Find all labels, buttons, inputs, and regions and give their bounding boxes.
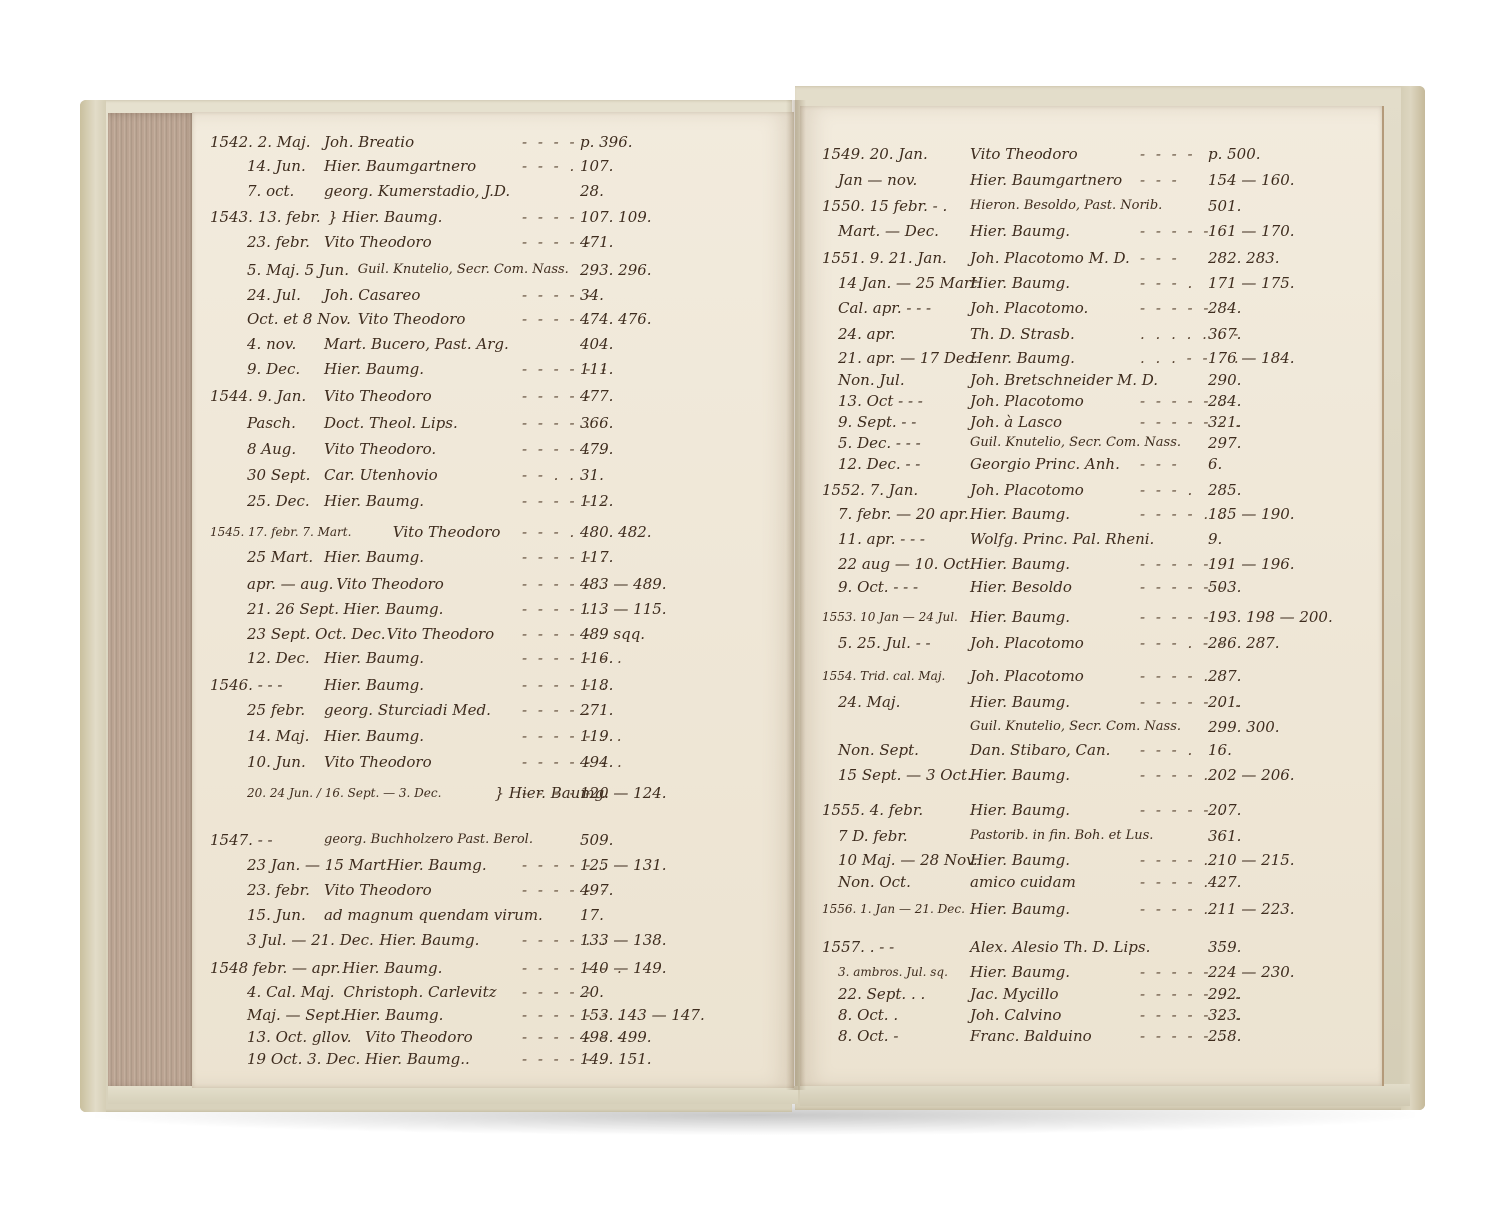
- entry-date: 1553. 10 Jan — 24 Jul.: [822, 605, 958, 629]
- entry-correspondent: Hier. Baumg.: [387, 853, 487, 877]
- entry-page-ref: 31.: [580, 463, 604, 487]
- entry-correspondent: Joh. Placotomo: [970, 664, 1084, 688]
- entry-correspondent: Hieron. Besoldo, Past. Norib.: [970, 194, 1162, 218]
- entry-page-ref: 6.: [1208, 452, 1222, 476]
- entry-page-ref: 480. 482.: [580, 520, 652, 544]
- entry-leader-dots: - - - - .: [1140, 848, 1211, 872]
- entry-date: 1551. 9. 21. Jan.: [822, 246, 947, 270]
- entry-date: Jan — nov.: [838, 168, 917, 192]
- entry-page-ref: 489 sqq.: [580, 622, 645, 646]
- entry-date: 7. oct.: [247, 179, 294, 203]
- right-cover-bottom-turn-in: [800, 1084, 1410, 1106]
- entry-page-ref: 258.: [1208, 1024, 1241, 1048]
- entry-correspondent: Joh. Placotomo.: [970, 296, 1088, 320]
- entry-page-ref: 498. 499.: [580, 1025, 652, 1049]
- entry-leader-dots: - - -: [1140, 452, 1180, 476]
- entry-correspondent: Guil. Knutelio, Secr. Com. Nass.: [970, 715, 1181, 739]
- entry-page-ref: 116.: [580, 646, 613, 670]
- entry-correspondent: Georgio Princ. Anh.: [970, 452, 1120, 476]
- entry-correspondent: ad magnum quendam virum.: [324, 903, 543, 927]
- entry-correspondent: Mart. Bucero, Past. Arg.: [324, 332, 509, 356]
- entry-page-ref: 427.: [1208, 870, 1241, 894]
- entry-correspondent: Joh. Placotomo M. D.: [970, 246, 1130, 270]
- entry-date: 1554. Trid. cal. Maj.: [822, 664, 945, 688]
- entry-page-ref: 509.: [580, 828, 613, 852]
- entry-correspondent: Hier. Baumg.: [970, 763, 1070, 787]
- entry-page-ref: 154 — 160.: [1208, 168, 1295, 192]
- entry-leader-dots: - - - - .: [1140, 664, 1211, 688]
- page-block-edge: [108, 113, 198, 1088]
- entry-page-ref: 9.: [1208, 527, 1222, 551]
- entry-date: Non. Oct.: [838, 870, 911, 894]
- entry-correspondent: georg. Kumerstadio, J.D.: [324, 179, 510, 203]
- entry-page-ref: 497.: [580, 878, 613, 902]
- entry-correspondent: Hier. Baumg.: [970, 897, 1070, 921]
- entry-date: 9. Dec.: [247, 357, 300, 381]
- entry-leader-dots: - - - .: [522, 154, 577, 178]
- entry-correspondent: Hier. Baumg.: [343, 597, 443, 621]
- entry-date: 24. Jul.: [247, 283, 301, 307]
- entry-date: 4. nov.: [247, 332, 296, 356]
- entry-page-ref: 117.: [580, 545, 613, 569]
- entry-correspondent: Hier. Baumgartnero: [970, 168, 1122, 192]
- entry-date: 19 Oct. 3. Dec.: [247, 1047, 360, 1071]
- entry-page-ref: 171 — 175.: [1208, 271, 1295, 295]
- entry-page-ref: 176 — 184.: [1208, 346, 1295, 370]
- entry-page-ref: 185 — 190.: [1208, 502, 1295, 526]
- entry-page-ref: 479.: [580, 437, 613, 461]
- entry-page-ref: 404.: [580, 332, 613, 356]
- entry-correspondent: Hier. Baumg.: [324, 545, 424, 569]
- entry-correspondent: Vito Theodoro: [324, 750, 432, 774]
- entry-correspondent: Vito Theodoro.: [324, 437, 436, 461]
- entry-page-ref: 224 — 230.: [1208, 960, 1295, 984]
- entry-correspondent: Hier. Baumg.: [970, 605, 1070, 629]
- entry-correspondent: Wolfg. Princ. Pal. Rheni.: [970, 527, 1154, 551]
- entry-date: 10 Maj. — 28 Nov.: [838, 848, 978, 872]
- entry-page-ref: 120 — 124.: [580, 781, 667, 805]
- entry-date: 25 febr.: [247, 698, 305, 722]
- entry-correspondent: Hier. Baumg..: [365, 1047, 470, 1071]
- entry-date: 12. Dec.: [247, 646, 310, 670]
- left-cover-bottom-turn-in: [108, 1086, 798, 1104]
- entry-correspondent: } Hier. Baumg.: [328, 205, 442, 229]
- entry-date: Cal. apr. - - -: [838, 296, 931, 320]
- entry-date: 1550. 15 febr. - .: [822, 194, 947, 218]
- left-page: 1542. 2. Maj. Joh. Breatio - - - - p. 39…: [192, 112, 794, 1088]
- entry-page-ref: 207.: [1208, 798, 1241, 822]
- entry-correspondent: Hier. Baumg.: [970, 502, 1070, 526]
- entry-date: 5. Maj. 5 Jun.: [247, 258, 349, 282]
- entry-correspondent: Henr. Baumg.: [970, 346, 1075, 370]
- entry-page-ref: 202 — 206.: [1208, 763, 1295, 787]
- entry-date: 23. febr.: [247, 230, 310, 254]
- entry-page-ref: p. 396.: [580, 130, 633, 154]
- entry-correspondent: Hier. Besoldo: [970, 575, 1072, 599]
- entry-leader-dots: - - - - -: [1140, 219, 1211, 243]
- entry-page-ref: 161 — 170.: [1208, 219, 1295, 243]
- entry-date: 12. Dec. - -: [838, 452, 920, 476]
- entry-correspondent: Alex. Alesio Th. D. Lips.: [970, 935, 1150, 959]
- entry-page-ref: 111.: [580, 357, 613, 381]
- entry-page-ref: 282. 283.: [1208, 246, 1280, 270]
- entry-leader-dots: - - - .: [522, 520, 577, 544]
- entry-leader-dots: - - - - -: [1140, 296, 1211, 320]
- entry-page-ref: 125 — 131.: [580, 853, 667, 877]
- book-gutter: [786, 100, 806, 1090]
- entry-correspondent: Vito Theodoro: [324, 384, 432, 408]
- entry-correspondent: Hier. Baumg.: [324, 646, 424, 670]
- entry-page-ref: 112.: [580, 489, 613, 513]
- entry-page-ref: 17.: [580, 903, 604, 927]
- entry-page-ref: 271.: [580, 698, 613, 722]
- entry-correspondent: Hier. Baumg.: [970, 552, 1070, 576]
- entry-date: 3. ambros. Jul. sq.: [838, 960, 948, 984]
- entry-leader-dots: - - - - .: [1140, 897, 1211, 921]
- entry-date: Oct. et 8 Nov.: [247, 307, 351, 331]
- entry-correspondent: Christoph. Carlevitz: [343, 980, 496, 1004]
- entry-date: 25. Dec.: [247, 489, 310, 513]
- entry-date: 21. 26 Sept.: [247, 597, 339, 621]
- entry-correspondent: Joh. Casareo: [324, 283, 420, 307]
- entry-leader-dots: - - . .: [522, 463, 577, 487]
- entry-correspondent: Vito Theodoro: [393, 520, 501, 544]
- entry-page-ref: 483 — 489.: [580, 572, 667, 596]
- entry-date: 25 Mart.: [247, 545, 313, 569]
- entry-correspondent: Pastorib. in fin. Boh. et Lus.: [970, 824, 1153, 848]
- entry-date: 24. apr.: [838, 322, 895, 346]
- entry-correspondent: Vito Theodoro: [324, 878, 432, 902]
- left-cover-edge: [80, 100, 106, 1112]
- entry-page-ref: 285.: [1208, 478, 1241, 502]
- entry-correspondent: Hier. Baumg.: [324, 724, 424, 748]
- entry-date: 5. 25. Jul. - -: [838, 631, 931, 655]
- entry-date: 22 aug — 10. Oct.: [838, 552, 975, 576]
- entry-leader-dots: - - - - -: [1140, 960, 1211, 984]
- entry-date: 1552. 7. Jan.: [822, 478, 918, 502]
- entry-correspondent: Doct. Theol. Lips.: [324, 411, 458, 435]
- entry-leader-dots: - - - - -: [1140, 552, 1211, 576]
- entry-page-ref: 293. 296.: [580, 258, 652, 282]
- entry-page-ref: 361.: [1208, 824, 1241, 848]
- entry-page-ref: 474. 476.: [580, 307, 652, 331]
- entry-date: 21. apr. — 17 Dec.: [838, 346, 978, 370]
- entry-correspondent: Franc. Balduino: [970, 1024, 1092, 1048]
- entry-page-ref: 210 — 215.: [1208, 848, 1295, 872]
- entry-page-ref: 119.: [580, 724, 613, 748]
- entry-correspondent: Joh. Breatio: [324, 130, 414, 154]
- entry-date: 1546. - - -: [210, 673, 282, 697]
- entry-date: 24. Maj.: [838, 690, 900, 714]
- entry-page-ref: 28.: [580, 179, 604, 203]
- entry-page-ref: 477.: [580, 384, 613, 408]
- entry-date: 14. Maj.: [247, 724, 309, 748]
- right-page: 1549. 20. Jan. Vito Theodoro - - - - p. …: [800, 106, 1384, 1086]
- entry-date: 14. Jun.: [247, 154, 306, 178]
- entry-leader-dots: - - - -: [1140, 142, 1196, 166]
- entry-date: 1548 febr. — apr.: [210, 956, 341, 980]
- entry-correspondent: Hier. Baumg.: [970, 798, 1070, 822]
- entry-date: 4. Cal. Maj.: [247, 980, 335, 1004]
- entry-correspondent: Vito Theodoro: [365, 1025, 473, 1049]
- entry-date: 15. Jun.: [247, 903, 306, 927]
- entry-date: 1556. 1. Jan — 21. Dec.: [822, 897, 965, 921]
- entry-correspondent: Joh. Placotomo: [970, 631, 1084, 655]
- entry-correspondent: georg. Buchholzero Past. Berol.: [324, 828, 533, 852]
- entry-page-ref: 299. 300.: [1208, 715, 1280, 739]
- entry-date: 7. febr. — 20 apr.: [838, 502, 969, 526]
- entry-correspondent: Vito Theodoro: [970, 142, 1078, 166]
- entry-leader-dots: - - - -: [522, 130, 578, 154]
- entry-correspondent: Hier. Baumg.: [970, 960, 1070, 984]
- entry-page-ref: 34.: [580, 283, 604, 307]
- entry-date: 1555. 4. febr.: [822, 798, 923, 822]
- entry-correspondent: Vito Theodoro: [324, 230, 432, 254]
- entry-correspondent: Hier. Baumg.: [379, 928, 479, 952]
- entry-page-ref: 118.: [580, 673, 613, 697]
- entry-date: 1542. 2. Maj.: [210, 130, 311, 154]
- entry-page-ref: 287.: [1208, 664, 1241, 688]
- entry-page-ref: 471.: [580, 230, 613, 254]
- entry-date: 8 Aug.: [247, 437, 296, 461]
- entry-correspondent: Hier. Baumg.: [343, 1003, 443, 1027]
- entry-page-ref: 140 — 149.: [580, 956, 667, 980]
- entry-page-ref: p. 500.: [1208, 142, 1261, 166]
- entry-date: 1544. 9. Jan.: [210, 384, 306, 408]
- entry-correspondent: Guil. Knutelio, Secr. Com. Nass.: [358, 258, 569, 282]
- entry-leader-dots: - - - - .: [1140, 763, 1211, 787]
- entry-correspondent: georg. Sturciadi Med.: [324, 698, 491, 722]
- entry-page-ref: 191 — 196.: [1208, 552, 1295, 576]
- entry-leader-dots: - - - -: [522, 205, 578, 229]
- entry-date: 15 Sept. — 3 Oct.: [838, 763, 972, 787]
- entry-date: Maj. — Sept.: [247, 1003, 345, 1027]
- entry-date: 1557. . - -: [822, 935, 894, 959]
- entry-page-ref: 113 — 115.: [580, 597, 667, 621]
- entry-leader-dots: - - - .: [1140, 738, 1195, 762]
- entry-correspondent: Hier. Baumg.: [324, 673, 424, 697]
- entry-date: 1547. - -: [210, 828, 273, 852]
- entry-date: 1543. 13. febr.: [210, 205, 321, 229]
- entry-date: 1549. 20. Jan.: [822, 142, 928, 166]
- entry-date: 23 Jan. — 15 Mart.: [247, 853, 391, 877]
- entry-date: Non. Sept.: [838, 738, 919, 762]
- entry-page-ref: 107. 109.: [580, 205, 652, 229]
- entry-correspondent: Joh. Placotomo: [970, 478, 1084, 502]
- entry-date: 9. Oct. - - -: [838, 575, 918, 599]
- entry-page-ref: 211 — 223.: [1208, 897, 1295, 921]
- entry-date: 1545. 17. febr. 7. Mart.: [210, 520, 351, 544]
- entry-date: 23 Sept. Oct. Dec.: [247, 622, 386, 646]
- entry-correspondent: amico cuidam: [970, 870, 1076, 894]
- entry-page-ref: 193. 198 — 200.: [1208, 605, 1333, 629]
- entry-date: 3 Jul. — 21. Dec.: [247, 928, 374, 952]
- entry-page-ref: 149. 151.: [580, 1047, 652, 1071]
- entry-page-ref: 501.: [1208, 194, 1241, 218]
- entry-page-ref: 286. 287.: [1208, 631, 1280, 655]
- entry-page-ref: 153. 143 — 147.: [580, 1003, 705, 1027]
- entry-correspondent: Hier. Baumg.: [970, 219, 1070, 243]
- entry-correspondent: Hier. Baumg.: [970, 848, 1070, 872]
- entry-page-ref: 284.: [1208, 296, 1241, 320]
- right-cover-edge: [1401, 86, 1425, 1110]
- entry-correspondent: Hier. Baumg.: [970, 690, 1070, 714]
- entry-page-ref: 366.: [580, 411, 613, 435]
- entry-date: 30 Sept.: [247, 463, 310, 487]
- entry-date: 23. febr.: [247, 878, 310, 902]
- entry-correspondent: Vito Theodoro: [336, 572, 444, 596]
- entry-date: 8. Oct. -: [838, 1024, 898, 1048]
- entry-correspondent: Dan. Stibaro, Can.: [970, 738, 1110, 762]
- entry-date: 14 Jan. — 25 Mart.: [838, 271, 982, 295]
- entry-page-ref: 503.: [1208, 575, 1241, 599]
- entry-page-ref: 367.: [1208, 322, 1241, 346]
- entry-correspondent: Vito Theodoro: [387, 622, 495, 646]
- entry-correspondent: Vito Theodoro: [358, 307, 466, 331]
- entry-date: 11. apr. - - -: [838, 527, 925, 551]
- entry-leader-dots: - - -: [1140, 246, 1180, 270]
- entry-page-ref: 20.: [580, 980, 604, 1004]
- entry-date: 13. Oct. gllov.: [247, 1025, 352, 1049]
- entry-date: 10. Jun.: [247, 750, 306, 774]
- entry-date: 20. 24 Jun. / 16. Sept. — 3. Dec.: [247, 781, 441, 805]
- entry-date: apr. — aug.: [247, 572, 333, 596]
- entry-correspondent: Hier. Baumg.: [324, 357, 424, 381]
- entry-page-ref: 201.: [1208, 690, 1241, 714]
- entry-correspondent: Hier. Baumg.: [324, 489, 424, 513]
- entry-leader-dots: - - - .: [1140, 271, 1195, 295]
- entry-leader-dots: - - -: [1140, 168, 1180, 192]
- entry-page-ref: 494.: [580, 750, 613, 774]
- entry-page-ref: 16.: [1208, 738, 1232, 762]
- entry-date: 7 D. febr.: [838, 824, 908, 848]
- entry-correspondent: Hier. Baumg.: [970, 271, 1070, 295]
- entry-date: Pasch.: [247, 411, 296, 435]
- entry-page-ref: 107.: [580, 154, 613, 178]
- entry-page-ref: 359.: [1208, 935, 1241, 959]
- entry-correspondent: Car. Utenhovio: [324, 463, 438, 487]
- entry-leader-dots: - - - .: [1140, 478, 1195, 502]
- entry-correspondent: Th. D. Strasb.: [970, 322, 1075, 346]
- entry-correspondent: Hier. Baumg.: [342, 956, 442, 980]
- entry-page-ref: 133 — 138.: [580, 928, 667, 952]
- entry-date: Mart. — Dec.: [838, 219, 939, 243]
- entry-correspondent: Hier. Baumgartnero: [324, 154, 476, 178]
